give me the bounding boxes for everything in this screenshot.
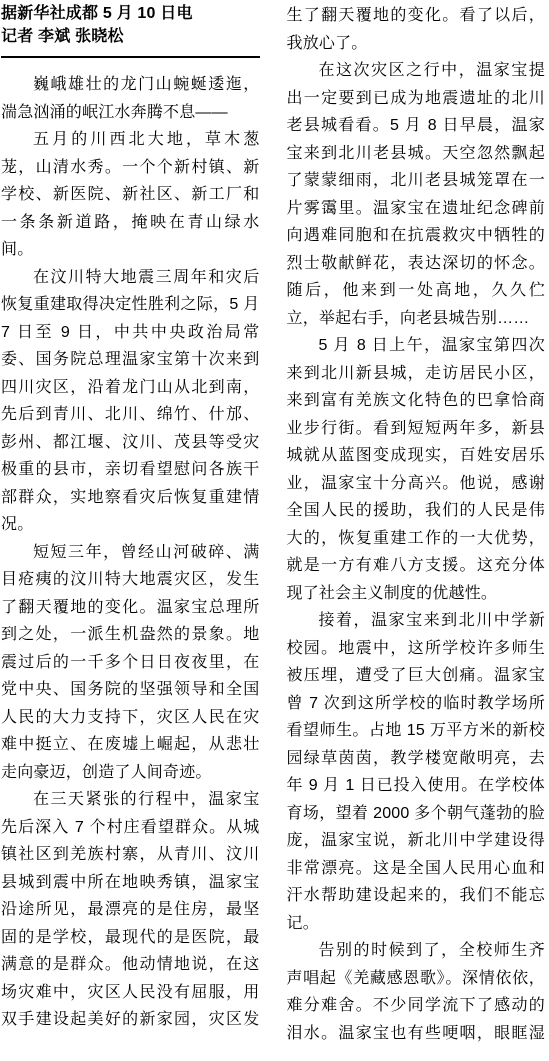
paragraph-7: 5 月 8 日上午，温家宝第四次来到北川新县城，走访居民小区，来到富有羌族文化特… [287,332,546,607]
header-divider [1,56,260,58]
byline: 记者 李斌 张晓松 [1,25,260,48]
paragraph-4: 短短三年，曾经山河破碎、满目疮痍的汶川特大地震灾区，发生了翻天覆地的变化。温家宝… [1,539,260,787]
newspaper-page: 据新华社成都 5 月 10 日电 记者 李斌 张晓松 巍峨雄壮的龙门山蜿蜒逶迤，… [0,0,549,1061]
paragraph-1: 巍峨雄壮的龙门山蜿蜒逶迤，湍急汹涌的岷江水奔腾不息—— [1,71,260,126]
paragraph-8: 接着，温家宝来到北川中学新校园。地震中，这所学校许多师生被压埋，遭受了巨大创痛。… [287,607,546,937]
paragraph-3: 在汶川特大地震三周年和灾后恢复重建取得决定性胜利之际，5 月 7 日至 9 日，… [1,264,260,539]
dateline: 据新华社成都 5 月 10 日电 [1,2,260,25]
paragraph-2: 五月的川西北大地，草木葱茏，山清水秀。一个个新村镇、新学校、新医院、新社区、新工… [1,126,260,264]
paragraph-6: 在这次灾区之行中，温家宝提出一定要到已成为地震遗址的北川老县城看看。5 月 8 … [287,57,546,332]
article-columns: 据新华社成都 5 月 10 日电 记者 李斌 张晓松 巍峨雄壮的龙门山蜿蜒逶迤，… [0,0,549,1061]
